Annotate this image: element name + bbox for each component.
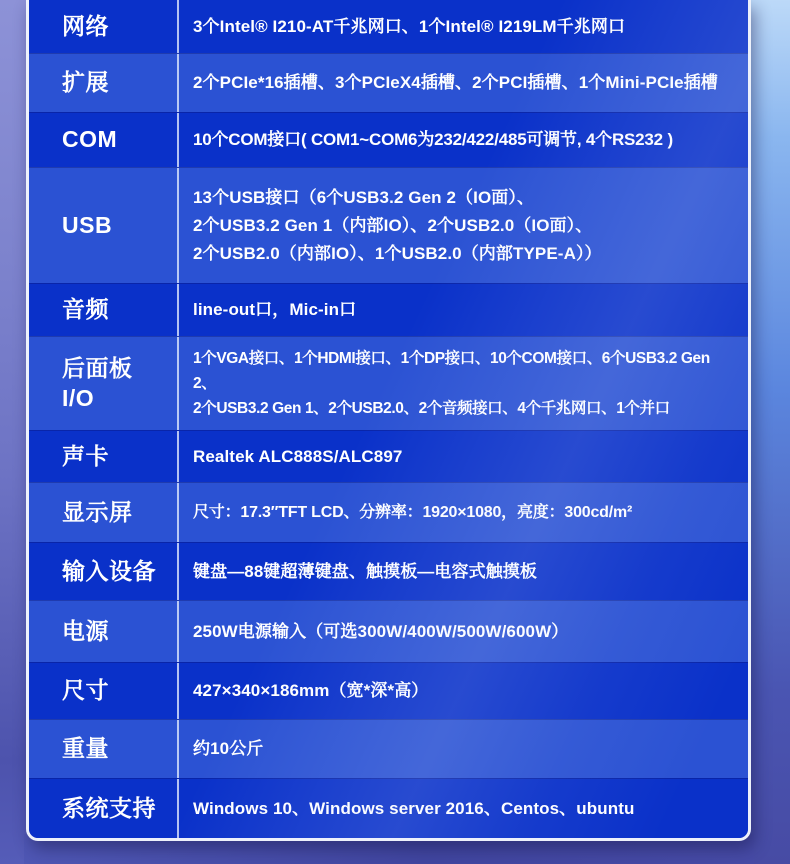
spec-label: 电源 bbox=[29, 601, 179, 662]
spec-row-os-support: 系统支持 Windows 10、Windows server 2016、Cent… bbox=[29, 778, 748, 838]
spec-table: 网络 3个Intel® I210-AT千兆网口、1个Intel® I219LM千… bbox=[26, 0, 751, 841]
spec-label: 系统支持 bbox=[29, 779, 179, 838]
spec-label: COM bbox=[29, 113, 179, 167]
spec-row-sound-card: 声卡 Realtek ALC888S/ALC897 bbox=[29, 430, 748, 482]
spec-value: 尺寸：17.3″TFT LCD、分辨率：1920×1080，亮度：300cd/m… bbox=[179, 483, 748, 542]
spec-label: 尺寸 bbox=[29, 663, 179, 719]
spec-label: 重量 bbox=[29, 720, 179, 778]
spec-value: 键盘—88键超薄键盘、触摸板—电容式触摸板 bbox=[179, 543, 748, 600]
spec-row-com: COM 10个COM接口( COM1~COM6为232/422/485可调节, … bbox=[29, 112, 748, 167]
spec-row-input-devices: 输入设备 键盘—88键超薄键盘、触摸板—电容式触摸板 bbox=[29, 542, 748, 600]
spec-value: 约10公斤 bbox=[179, 720, 748, 778]
spec-value: 3个Intel® I210-AT千兆网口、1个Intel® I219LM千兆网口 bbox=[179, 0, 748, 53]
background-left-strip bbox=[0, 0, 29, 864]
spec-value: 10个COM接口( COM1~COM6为232/422/485可调节, 4个RS… bbox=[179, 113, 748, 167]
spec-value: 427×340×186mm（宽*深*高） bbox=[179, 663, 748, 719]
spec-value: Windows 10、Windows server 2016、Centos、ub… bbox=[179, 779, 748, 838]
spec-value: Realtek ALC888S/ALC897 bbox=[179, 431, 748, 482]
spec-value: 13个USB接口（6个USB3.2 Gen 2（IO面）、 2个USB3.2 G… bbox=[179, 168, 748, 283]
spec-value: 2个PCIe*16插槽、3个PCIeX4插槽、2个PCI插槽、1个Mini-PC… bbox=[179, 54, 748, 112]
spec-row-network: 网络 3个Intel® I210-AT千兆网口、1个Intel® I219LM千… bbox=[29, 0, 748, 53]
spec-value: 250W电源输入（可选300W/400W/500W/600W） bbox=[179, 601, 748, 662]
spec-row-expansion: 扩展 2个PCIe*16插槽、3个PCIeX4插槽、2个PCI插槽、1个Mini… bbox=[29, 53, 748, 112]
spec-row-display: 显示屏 尺寸：17.3″TFT LCD、分辨率：1920×1080，亮度：300… bbox=[29, 482, 748, 542]
spec-row-usb: USB 13个USB接口（6个USB3.2 Gen 2（IO面）、 2个USB3… bbox=[29, 167, 748, 283]
spec-label: 声卡 bbox=[29, 431, 179, 482]
spec-value: 1个VGA接口、1个HDMI接口、1个DP接口、10个COM接口、6个USB3.… bbox=[179, 337, 748, 430]
spec-label: 输入设备 bbox=[29, 543, 179, 600]
spec-label: 显示屏 bbox=[29, 483, 179, 542]
spec-row-dimensions: 尺寸 427×340×186mm（宽*深*高） bbox=[29, 662, 748, 719]
spec-value: line-out口，Mic-in口 bbox=[179, 284, 748, 336]
spec-row-power: 电源 250W电源输入（可选300W/400W/500W/600W） bbox=[29, 600, 748, 662]
spec-sheet-page: 网络 3个Intel® I210-AT千兆网口、1个Intel® I219LM千… bbox=[0, 0, 790, 864]
spec-label: 网络 bbox=[29, 0, 179, 53]
spec-label: 扩展 bbox=[29, 54, 179, 112]
spec-label: USB bbox=[29, 168, 179, 283]
spec-row-audio: 音频 line-out口，Mic-in口 bbox=[29, 283, 748, 336]
spec-label: 音频 bbox=[29, 284, 179, 336]
spec-row-rear-panel-io: 后面板 I/O 1个VGA接口、1个HDMI接口、1个DP接口、10个COM接口… bbox=[29, 336, 748, 430]
spec-label: 后面板 I/O bbox=[29, 337, 179, 430]
spec-row-weight: 重量 约10公斤 bbox=[29, 719, 748, 778]
